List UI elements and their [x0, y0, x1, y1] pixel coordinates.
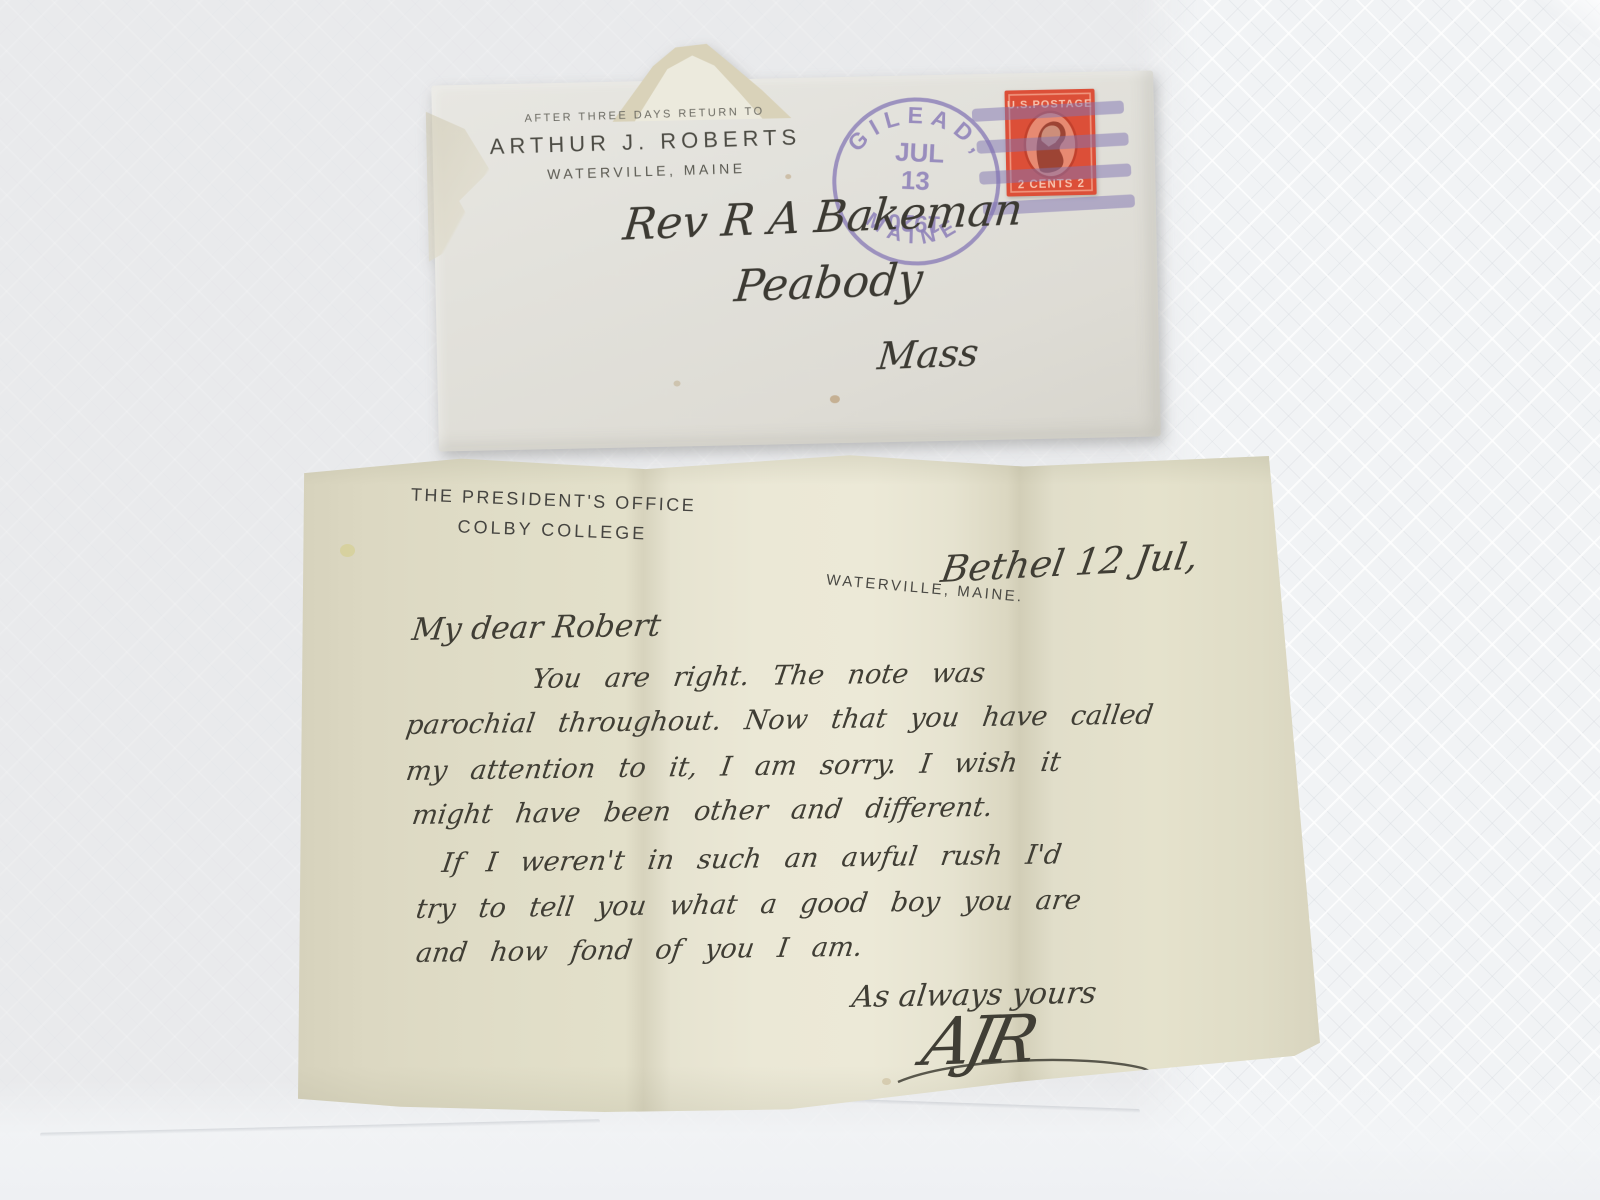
body-line: If I weren't in such an awful rush I'd	[440, 839, 1064, 879]
letterhead-line1: THE PRESIDENT'S OFFICE	[368, 483, 739, 518]
body-line: try to tell you what a good boy you are	[414, 885, 1083, 925]
body-line: might have been other and different.	[410, 792, 995, 831]
photo-of-letter-and-envelope: AFTER THREE DAYS RETURN TO ARTHUR J. ROB…	[0, 0, 1600, 1200]
return-address-line2: ARTHUR J. ROBERTS	[480, 124, 811, 160]
recipient-line2: Peabody	[732, 254, 925, 312]
letterhead: THE PRESIDENT'S OFFICE COLBY COLLEGE	[367, 483, 739, 548]
recipient-line3: Mass	[875, 330, 980, 378]
return-address: AFTER THREE DAYS RETURN TO ARTHUR J. ROB…	[480, 104, 812, 184]
age-spot	[882, 1078, 891, 1085]
age-spot	[830, 395, 840, 403]
handwritten-date: Bethel 12 Jul,	[938, 535, 1202, 591]
body-line: parochial throughout. Now that you have …	[404, 700, 1155, 741]
body-line: and how fond of you I am.	[414, 932, 865, 969]
letterhead-line2: COLBY COLLEGE	[367, 513, 738, 548]
envelope: AFTER THREE DAYS RETURN TO ARTHUR J. ROB…	[431, 70, 1161, 451]
age-spot	[673, 380, 680, 386]
age-spot	[340, 544, 355, 557]
letter: THE PRESIDENT'S OFFICE COLBY COLLEGE WAT…	[298, 452, 1320, 1112]
body-line: my attention to it, I am sorry. I wish i…	[404, 747, 1063, 787]
return-address-line3: WATERVILLE, MAINE	[481, 158, 811, 184]
body-line: You are right. The note was	[530, 658, 987, 695]
age-spot	[785, 174, 791, 179]
salutation: My dear Robert	[410, 608, 663, 648]
